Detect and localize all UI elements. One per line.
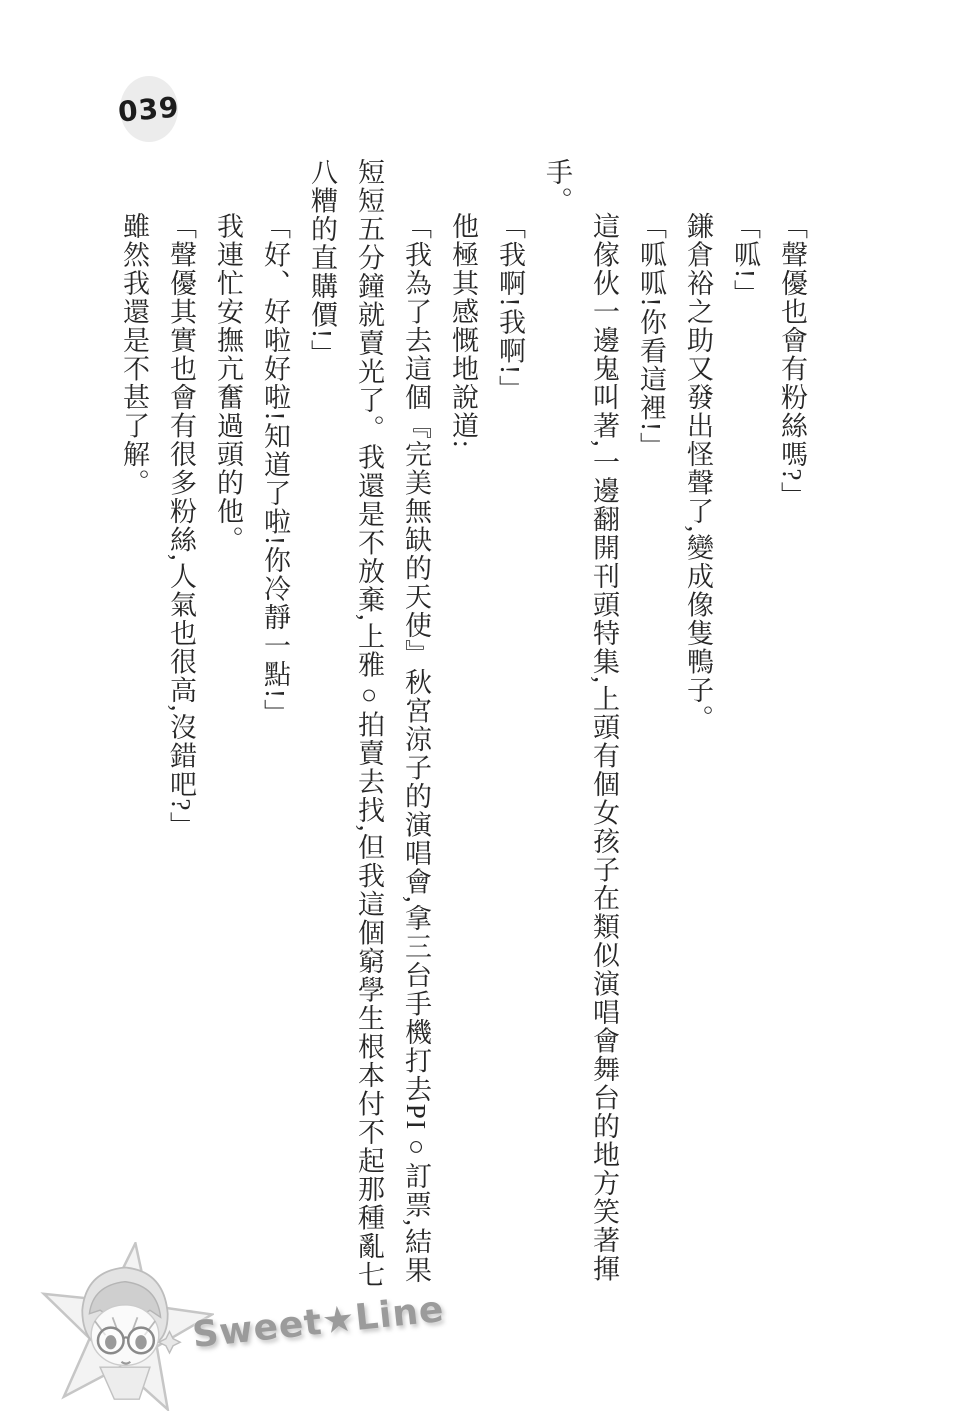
paragraph: 我連忙安撫亢奮過頭的他。: [204, 158, 251, 1298]
paragraph: 這傢伙一邊鬼叫著,一邊翻開刊頭特集,上頭有個女孩子在類似演唱會舞台的地方笑著揮手…: [533, 158, 627, 1298]
mascot-star-illustration: [36, 1242, 214, 1411]
paragraph: 「呱呱!你看這裡!」: [627, 158, 674, 1298]
book-page: 039 「聲優也會有粉絲嗎?」 「呱!」 鎌倉裕之助又發出怪聲了,變成像隻鴨子。…: [0, 0, 960, 1411]
paragraph: 「呱!」: [721, 158, 768, 1298]
paragraph: 他極其感慨地說道:: [439, 158, 486, 1298]
paragraph: 雖然我還是不甚了解。: [110, 158, 157, 1298]
paragraph: 鎌倉裕之助又發出怪聲了,變成像隻鴨子。: [674, 158, 721, 1298]
paragraph: 「聲優其實也會有很多粉絲,人氣也很高,沒錯吧?」: [157, 158, 204, 1298]
body-text: 「聲優也會有粉絲嗎?」 「呱!」 鎌倉裕之助又發出怪聲了,變成像隻鴨子。 「呱呱…: [103, 158, 815, 1298]
page-number: 039: [117, 90, 181, 128]
page-number-badge: 039: [120, 76, 178, 142]
sweet-line-logo: Sweet★Line: [191, 1289, 447, 1356]
paragraph: 「我啊!我啊!」: [486, 158, 533, 1298]
paragraph: 「我為了去這個『完美無缺的天使』秋宮涼子的演唱會,拿三台手機打去PI○訂票,結果…: [298, 158, 439, 1298]
paragraph: 「聲優也會有粉絲嗎?」: [768, 158, 815, 1298]
paragraph: 「好、好啦好啦!知道了啦!你冷靜一點!」: [251, 158, 298, 1298]
